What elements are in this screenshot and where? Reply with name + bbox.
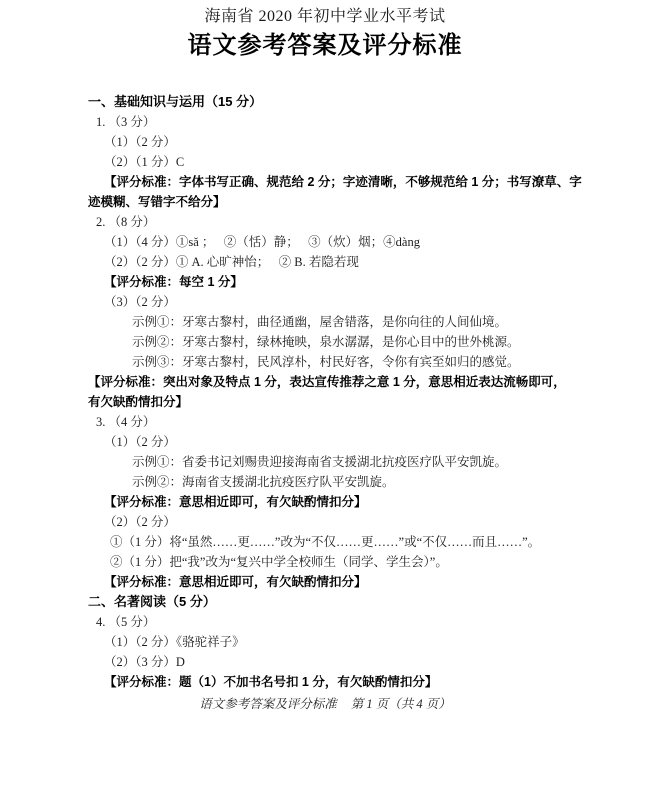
page-title: 语文参考答案及评分标准 xyxy=(0,31,650,61)
q1-total: 1. （3 分） xyxy=(96,112,650,132)
q4-part1-answer: （1）（2 分）《骆驼祥子》 xyxy=(104,632,650,652)
q3-part1: （1）（2 分） xyxy=(104,432,650,452)
q2-part3-example-1: 示例①：牙寒古黎村，曲径通幽，屋舍错落，是你向往的人间仙境。 xyxy=(132,312,650,332)
q2-part2-answer: （2）（2 分）① A. 心旷神怡； ② B. 若隐若现 xyxy=(104,252,650,272)
exam-title: 海南省 2020 年初中学业水平考试 xyxy=(0,6,650,28)
q2-part3-scoring-line2: 有欠缺酌情扣分】 xyxy=(88,392,650,412)
document-header: 海南省 2020 年初中学业水平考试 语文参考答案及评分标准 xyxy=(0,6,650,61)
q4-part2-answer: （2）（3 分）D xyxy=(104,652,650,672)
q2-scoring: 【评分标准：每空 1 分】 xyxy=(104,272,650,292)
q2-part1-answer: （1）（4 分）①sǎ ； ②（恬）静； ③（炊）烟；④dàng xyxy=(104,232,650,252)
q3-part1-example-2: 示例②：海南省支援湖北抗疫医疗队平安凯旋。 xyxy=(132,472,650,492)
q2-part3-scoring-line1: 【评分标准：突出对象及特点 1 分，表达宣传推荐之意 1 分，意思相近表达流畅即… xyxy=(88,372,650,392)
answer-key-page: 海南省 2020 年初中学业水平考试 语文参考答案及评分标准 一、基础知识与运用… xyxy=(0,0,650,795)
q4-scoring: 【评分标准：题（1）不加书名号扣 1 分，有欠缺酌情扣分】 xyxy=(104,672,650,692)
q3-part2-item-1: ①（1 分）将“虽然……更……”改为“不仅……更……”或“不仅……而且……”。 xyxy=(110,532,650,552)
q4-total: 4. （5 分） xyxy=(96,612,650,632)
section-1-heading: 一、基础知识与运用（15 分） xyxy=(88,92,650,112)
q1-part2-answer: （2）（1 分）C xyxy=(104,152,650,172)
q2-part3-example-2: 示例②：牙寒古黎村，绿林掩映，泉水潺潺，是你心目中的世外桃源。 xyxy=(132,332,650,352)
q3-total: 3. （4 分） xyxy=(96,412,650,432)
q1-scoring-line2: 迹模糊、写错字不给分】 xyxy=(88,192,650,212)
q3-part1-example-1: 示例①：省委书记刘赐贵迎接海南省支援湖北抗疫医疗队平安凯旋。 xyxy=(132,452,650,472)
section-2-heading: 二、名著阅读（5 分） xyxy=(88,592,650,612)
q3-part2-scoring: 【评分标准：意思相近即可，有欠缺酌情扣分】 xyxy=(104,572,650,592)
page-footer: 语文参考答案及评分标准第 1 页（共 4 页） xyxy=(0,694,650,714)
q1-scoring-line1: 【评分标准：字体书写正确、规范给 2 分；字迹清晰，不够规范给 1 分；书写潦草… xyxy=(104,172,650,192)
q2-part3: （3）（2 分） xyxy=(104,292,650,312)
q3-part1-scoring: 【评分标准：意思相近即可，有欠缺酌情扣分】 xyxy=(104,492,650,512)
q1-part1: （1）（2 分） xyxy=(104,132,650,152)
footer-page-number: 第 1 页（共 4 页） xyxy=(351,697,451,711)
answer-content: 一、基础知识与运用（15 分） 1. （3 分） （1）（2 分） （2）（1 … xyxy=(0,92,650,692)
q2-part3-example-3: 示例③：牙寒古黎村，民风淳朴，村民好客，令你有宾至如归的感觉。 xyxy=(132,352,650,372)
q3-part2: （2）（2 分） xyxy=(104,512,650,532)
q2-total: 2. （8 分） xyxy=(96,212,650,232)
q3-part2-item-2: ②（1 分）把“我”改为“复兴中学全校师生（同学、学生会）”。 xyxy=(110,552,650,572)
footer-doc-label: 语文参考答案及评分标准 xyxy=(199,697,337,711)
